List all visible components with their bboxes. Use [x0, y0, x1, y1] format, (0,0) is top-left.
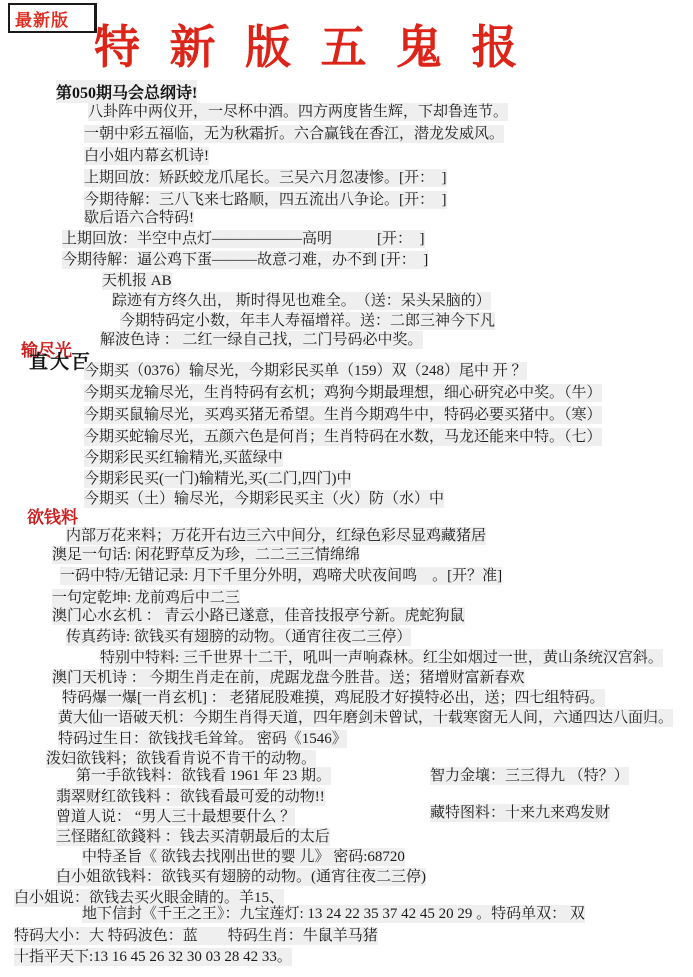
text-line: 曾道人说： “男人三十最想要什么 ？	[56, 808, 295, 826]
issue-heading: 第050期马会总纲诗!	[56, 80, 197, 103]
overlap-text: 直大百	[29, 347, 92, 374]
text-line: 歇后语六合特码!	[84, 209, 194, 227]
text-line: 今期彩民买(一门)输精光,买(二门,四门)中	[84, 470, 351, 488]
text-line: 踪迹有方终久出， 斯时得见也难全。 （送：呆头呆脑的）	[112, 292, 491, 310]
text-line: 三怪賭紅欲錢料 ：钱去买清朝最后的太后	[56, 828, 330, 846]
text-line: 十指平天下:13 16 45 26 32 30 03 28 42 33。	[14, 948, 292, 966]
text-line: 今期待解：逼公鸡下蛋———故意刁难，办不到 [开： ]	[62, 251, 428, 269]
text-line: 泼妇欲钱料；欲钱看肯说不肯干的动物。	[46, 750, 316, 768]
text-line: 上期回放：半空中点灯——————高明 [开： ]	[62, 230, 425, 248]
text-line: 天机报 AB	[102, 272, 172, 290]
text-line: 今期买鼠输尽光，买鸡买猪无希望。生肖今期鸡牛中，特码必要买猪中。（寒）	[84, 406, 602, 424]
text-line: 澳门心水玄机 ： 青云小路已遂意，佳音技报亭兮新。虎蛇狗鼠	[52, 607, 465, 625]
text-line: 白小姐欲钱料：欲钱买有翅膀的动物。(通宵往夜二三停)	[56, 868, 426, 886]
text-line: 今期待解：三八飞来七路顺，四五流出八争论。[开： ]	[84, 191, 447, 209]
tip-sheet-page: 最新版 特 新 版 五 鬼 报 第050期马会总纲诗! 八卦阵中两仪开，一尽杯中…	[0, 0, 693, 977]
text-line: 特别中特料: 三千世界十二干，吼叫一声响森林。红尘如烟过一世，黄山条统汉宫斜。	[100, 649, 663, 667]
text-line: 今期买蛇输尽光，五颜六色是何肖；生肖特码在水数，马龙还能来中特。（七）	[84, 428, 602, 446]
text-line: 特码大小：大 特码波色：蓝 特码生肖：牛鼠羊马猪	[14, 927, 378, 945]
text-line: 黄大仙一语破天机：今期生肖得天道，四年磨剑未曾试，十载寒窗无人间，六通四达八面归…	[58, 709, 673, 727]
latest-edition-label: 最新版	[15, 6, 69, 31]
text-line: 一句定乾坤: 龙前鸡后中二三	[52, 589, 240, 607]
text-line: 澳门天机诗 ： 今期生肖走在前，虎踞龙盘今胜昔。送；猪增财富新春欢	[52, 669, 525, 687]
text-line: 上期回放：矫跃蛟龙爪尾长。三吴六月忽凄惨。[开： ]	[84, 169, 447, 187]
section-label-yuqianliao: 欲钱料	[27, 503, 78, 528]
text-line: 今期买（0376）输尽光，今期彩民买单（159）双（248）尾中 开 ？	[84, 362, 527, 380]
text-line: 白小姐内幕玄机诗!	[84, 147, 209, 165]
text-line: 翡翠财红欲钱料 ：欲钱看最可爱的动物!!	[56, 788, 325, 806]
text-line: 今期彩民买红输精光,买蓝绿中	[84, 449, 283, 467]
text-line: 特码爆一爆[一肖玄机] ： 老猪屁股难摸，鸡屁股才好摸特必出，送；四七组特码。	[62, 689, 605, 707]
text-line: 解波色诗 ： 二红一绿自己找，二门号码必中奖。	[100, 331, 423, 349]
page-title: 特 新 版 五 鬼 报	[94, 22, 527, 74]
text-line: 特码过生日：欲钱找毛耸耸。 密码《1546》	[58, 730, 347, 748]
latest-edition-badge: 最新版	[8, 3, 97, 33]
text-line: 今期特码定小数，年丰人寿福增祥。送：二郎三神今下凡	[120, 312, 495, 330]
text-line: 八卦阵中两仪开，一尽杯中酒。四方两度皆生辉，下却鲁连节。	[88, 103, 508, 121]
text-line: 中特圣旨《 欲钱去找刚出世的婴 儿》 密码:68720	[82, 848, 405, 866]
text-line: 今期买龙输尽光，生肖特码有玄机；鸡狗今期最理想，细心研究必中奖。（牛）	[84, 384, 602, 402]
text-line: 传真药诗: 欲钱买有翅膀的动物。（通宵往夜二三停）	[66, 628, 411, 646]
text-line: 今期买（土）输尽光，今期彩民买主（火）防（水）中	[84, 490, 444, 508]
text-line: 澳足一句话: 闲花野草反为珍，二二三三情绵绵	[52, 546, 360, 564]
text-line: 藏特图料：十来九来鸡发财	[430, 804, 610, 822]
text-line: 地下信封《千王之王》：九宝莲灯: 13 24 22 35 37 42 45 20…	[82, 905, 585, 923]
text-line: 一码中特/无错记录: 月下千里分外明，鸡啼犬吠夜间鸣 。[开？准]	[60, 567, 502, 585]
text-line: 一朝中彩五福临，无为秋霜折。六合赢钱在香江，潜龙发威风。	[84, 125, 504, 143]
text-line: 智力金壤：三三得九 （特？）	[430, 767, 629, 785]
text-line: 第一手欲钱料：欲钱看 1961 年 23 期。	[76, 767, 331, 785]
text-line: 内部万花来料；万花开右边三六中间分，红绿色彩尽显鸡藏猪居	[66, 527, 486, 545]
